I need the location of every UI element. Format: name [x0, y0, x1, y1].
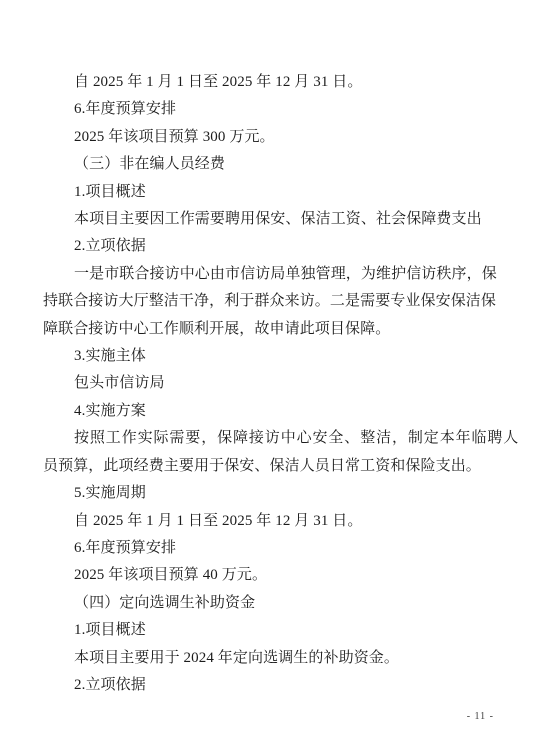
body-line: 2025 年该项目预算 300 万元。 [43, 124, 493, 151]
subsection-heading: 1.项目概述 [43, 617, 493, 644]
body-line: 本项目主要用于 2024 年定向选调生的补助资金。 [43, 645, 493, 672]
document-body: 自 2025 年 1 月 1 日至 2025 年 12 月 31 日。 6.年度… [43, 69, 493, 699]
section-heading: （四）定向选调生补助资金 [43, 590, 493, 617]
body-line: 一是市联合接访中心由市信访局单独管理，为维护信访秩序，保 [43, 261, 493, 288]
subsection-heading: 6.年度预算安排 [43, 96, 493, 123]
body-line: 自 2025 年 1 月 1 日至 2025 年 12 月 31 日。 [43, 69, 493, 96]
section-heading: （三）非在编人员经费 [43, 151, 493, 178]
body-line: 自 2025 年 1 月 1 日至 2025 年 12 月 31 日。 [43, 508, 493, 535]
page-number: - 11 - [467, 711, 494, 722]
subsection-heading: 1.项目概述 [43, 179, 493, 206]
subsection-heading: 6.年度预算安排 [43, 535, 493, 562]
subsection-heading: 4.实施方案 [43, 398, 493, 425]
body-line: 2025 年该项目预算 40 万元。 [43, 562, 493, 589]
body-line: 员预算，此项经费主要用于保安、保洁人员日常工资和保险支出。 [43, 453, 493, 480]
body-line: 障联合接访中心工作顺利开展，故申请此项目保障。 [43, 316, 493, 343]
body-line: 本项目主要因工作需要聘用保安、保洁工资、社会保障费支出 [43, 206, 493, 233]
body-line: 持联合接访大厅整洁干净，利于群众来访。二是需要专业保安保洁保 [43, 288, 493, 315]
subsection-heading: 3.实施主体 [43, 343, 493, 370]
subsection-heading: 5.实施周期 [43, 480, 493, 507]
subsection-heading: 2.立项依据 [43, 233, 493, 260]
document-page: 自 2025 年 1 月 1 日至 2025 年 12 月 31 日。 6.年度… [0, 0, 536, 756]
subsection-heading: 2.立项依据 [43, 672, 493, 699]
body-line: 按照工作实际需要，保障接访中心安全、整洁，制定本年临聘人 [43, 425, 493, 452]
body-line: 包头市信访局 [43, 370, 493, 397]
